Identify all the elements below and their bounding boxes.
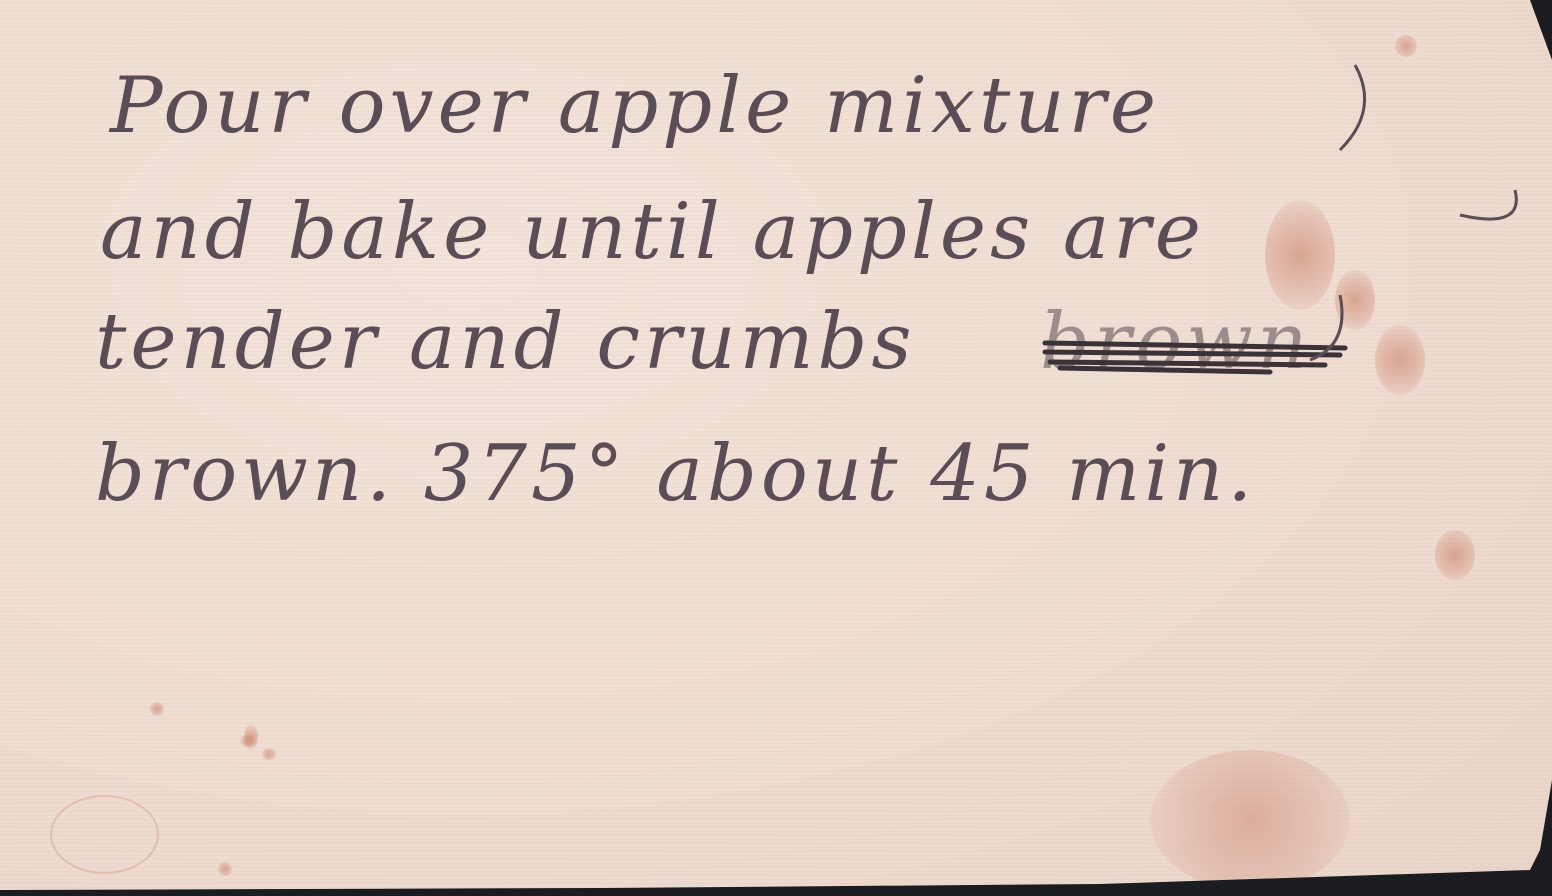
handwriting-layer: Pour over apple mixture and bake until a… — [0, 0, 1552, 896]
recipe-line-2: and bake until apples are — [100, 187, 1205, 277]
line-2-closing-flourish — [1460, 190, 1516, 219]
recipe-card: Pour over apple mixture and bake until a… — [0, 0, 1552, 896]
struck-out-word: brown — [1040, 297, 1345, 387]
recipe-line-3: tender and crumbs — [95, 297, 916, 387]
recipe-line-1: Pour over apple mixture — [108, 61, 1160, 151]
recipe-line-4: brown. 375° about 45 min. — [95, 429, 1256, 519]
line-1-closing-flourish — [1340, 65, 1365, 150]
